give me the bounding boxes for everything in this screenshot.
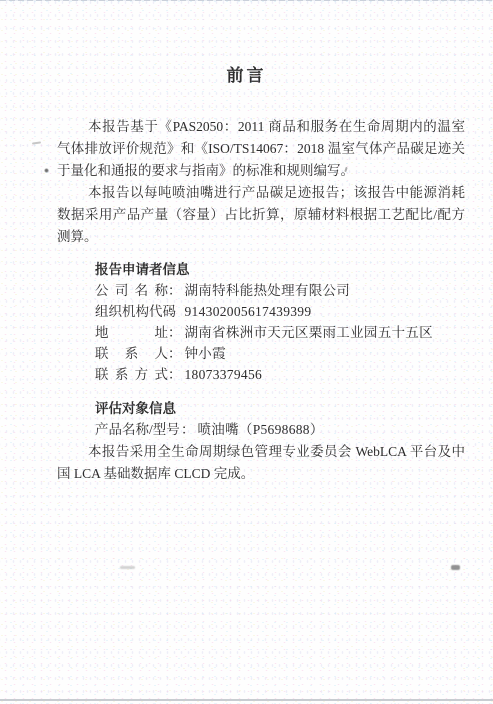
scan-edge-top-line [0,0,493,1]
field-colon: ： [181,419,195,440]
contact-phone-label: 联系方式 [95,364,168,385]
org-code-value: 914302005617439399 [185,304,312,319]
closing-paragraph: 本报告采用全生命周期绿色管理专业委员会 WebLCA 平台及中国 LCA 基础数… [57,441,465,485]
field-row-product-name: 产品名称/型号：喷油嘴（P5698688） [95,419,465,440]
intro-paragraph-2: 本报告以每吨喷油嘴进行产品碳足迹报告；该报告中能源消耗数据采用产品产量（容量）占… [57,182,465,248]
field-colon: ： [168,322,182,343]
page-title: 前言 [0,0,493,88]
scan-artifact-tilde-mark [32,141,41,144]
contact-phone-value: 18073379456 [185,367,263,382]
intro-paragraphs: 本报告基于《PAS2050：2011 商品和服务在生命周期内的温室气体排放评价规… [57,116,465,248]
company-name-label: 公司名称 [95,280,168,301]
assessment-info-section: 评估对象信息 产品名称/型号：喷油嘴（P5698688） [95,399,465,440]
field-row-contact-phone: 联系方式：18073379456 [95,364,465,385]
applicant-info-section: 报告申请者信息 公司名称：湖南特科能热处理有限公司 组织机构代码：9143020… [95,260,465,385]
contact-person-label: 联系人 [95,343,168,364]
address-value: 湖南省株洲市天元区栗雨工业园五十五区 [185,325,433,340]
field-colon: ： [168,364,182,385]
scan-artifact-dot-mark [44,168,49,173]
scan-artifact-smudge-right [451,565,460,570]
document-page: 前言 本报告基于《PAS2050：2011 商品和服务在生命周期内的温室气体排放… [0,0,493,704]
field-row-org-code: 组织机构代码：914302005617439399 [95,301,465,322]
scan-edge-bottom-line [0,699,493,701]
product-name-label: 产品名称/型号 [95,419,181,440]
product-name-value: 喷油嘴（P5698688） [198,422,324,437]
field-row-company-name: 公司名称：湖南特科能热处理有限公司 [95,280,465,301]
closing-paragraph-block: 本报告采用全生命周期绿色管理专业委员会 WebLCA 平台及中国 LCA 基础数… [57,441,465,485]
assessment-section-heading: 评估对象信息 [95,399,465,419]
scan-artifact-smudge-left [120,566,135,569]
intro-paragraph-1: 本报告基于《PAS2050：2011 商品和服务在生命周期内的温室气体排放评价规… [57,116,465,182]
company-name-value: 湖南特科能热处理有限公司 [185,283,351,298]
address-label: 地址 [95,322,168,343]
contact-person-value: 钟小霞 [185,346,226,361]
applicant-section-heading: 报告申请者信息 [95,260,465,280]
org-code-label: 组织机构代码 [95,301,168,322]
field-colon: ： [168,301,182,322]
field-row-address: 地址：湖南省株洲市天元区栗雨工业园五十五区 [95,322,465,343]
field-colon: ： [168,280,182,301]
field-row-contact-person: 联系人：钟小霞 [95,343,465,364]
field-colon: ： [168,343,182,364]
